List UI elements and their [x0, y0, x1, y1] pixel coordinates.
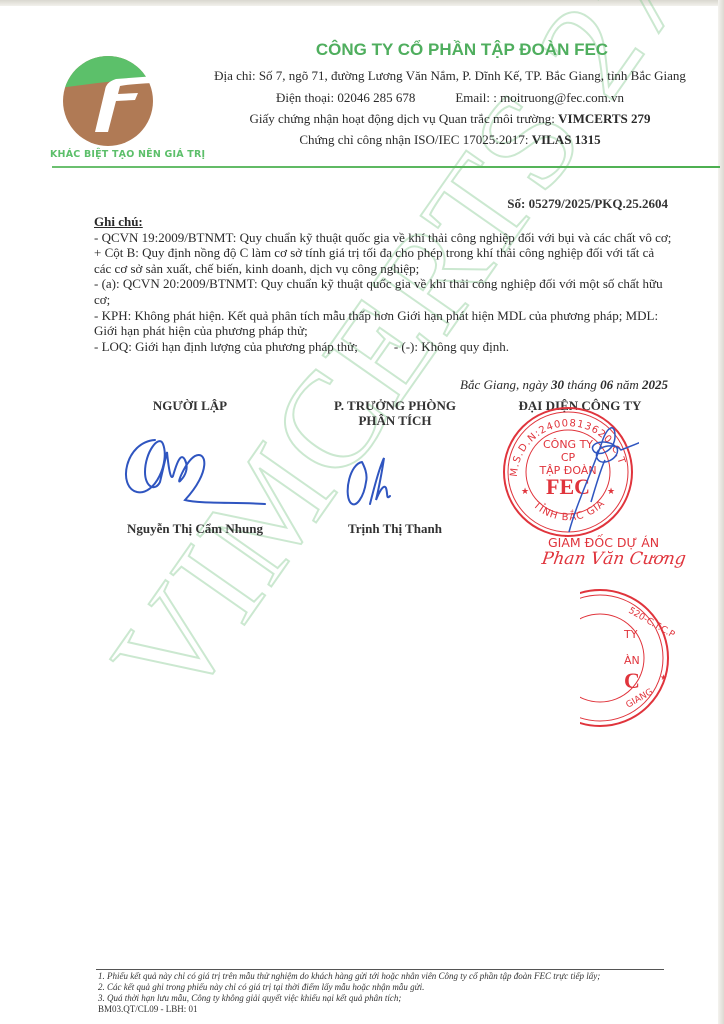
header-divider: [52, 166, 720, 168]
form-code: BM03.QT/CL09 - LBH: 01: [98, 1004, 698, 1015]
accreditation-value: VILAS 1315: [532, 132, 601, 147]
preparer-name: Nguyễn Thị Cẩm Nhung: [110, 521, 280, 537]
footer-notes: 1. Phiếu kết quả này chỉ có giá trị trên…: [98, 971, 698, 1015]
stamp-center-text: CP: [561, 451, 576, 464]
date-day: 30: [551, 377, 564, 392]
company-slogan: KHÁC BIỆT TẠO NÊN GIÁ TRỊ: [50, 149, 205, 160]
preparer-title: NGƯỜI LẬP: [120, 398, 260, 413]
note-loq: - LOQ: Giới hạn định lượng của phương ph…: [94, 339, 358, 354]
accreditation-label: Chứng chỉ công nhận ISO/IEC 17025:2017:: [299, 132, 531, 147]
lab-head-title: P. TRƯỞNG PHÒNG PHÂN TÍCH: [310, 398, 480, 428]
note-item: - (a): QCVN 20:2009/BTNMT: Quy chuẩn kỹ …: [94, 276, 674, 307]
license-value: VIMCERTS 279: [558, 111, 650, 126]
page-edge: [0, 0, 724, 6]
stamp-center-text: FEC: [546, 474, 590, 499]
lab-head-name: Trịnh Thị Thanh: [320, 521, 470, 537]
svg-text:★: ★: [660, 673, 667, 682]
svg-text:C: C: [624, 668, 640, 693]
accreditation-line: Chứng chỉ công nhận ISO/IEC 17025:2017: …: [190, 132, 710, 148]
company-phone: Điện thoại: 02046 285 678: [276, 90, 415, 105]
contact-line: Điện thoại: 02046 285 678Email: : moitru…: [190, 90, 710, 106]
lab-head-title-line1: P. TRƯỞNG PHÒNG: [310, 398, 480, 413]
company-email[interactable]: Email: : moitruong@fec.com.vn: [455, 90, 624, 105]
company-address: Địa chỉ: Số 7, ngõ 71, đường Lương Văn N…: [190, 68, 710, 84]
note-item: - QCVN 19:2009/BTNMT: Quy chuẩn kỹ thuật…: [94, 230, 674, 246]
lab-head-title-line2: PHÂN TÍCH: [310, 413, 480, 428]
date-month-label: tháng: [564, 377, 600, 392]
notes-title: Ghi chú:: [94, 214, 674, 230]
note-dash: - (-): Không quy định.: [394, 339, 509, 354]
notes-section: Ghi chú: - QCVN 19:2009/BTNMT: Quy chuẩn…: [94, 214, 674, 354]
director-position: GIÁM ĐỐC DỰ ÁN: [548, 535, 659, 550]
document-number: Số: 05279/2025/PKQ.25.2604: [507, 196, 668, 212]
svg-text:ÀN: ÀN: [624, 654, 640, 667]
stamp-star-icon: ★: [607, 486, 615, 496]
date-place: Bắc Giang, ngày: [460, 377, 551, 392]
director-name: Phan Văn Cương: [541, 549, 687, 569]
footer-divider: [96, 969, 664, 970]
lab-head-signature: [340, 452, 420, 512]
stamp-center-text: CÔNG TY: [543, 438, 593, 451]
date-year-label: năm: [613, 377, 642, 392]
footer-note: 2. Các kết quả ghi trong phiếu này chỉ c…: [98, 982, 698, 993]
date-month: 06: [600, 377, 613, 392]
license-line: Giấy chứng nhận hoạt động dịch vụ Quan t…: [190, 111, 710, 127]
preparer-signature: [115, 432, 275, 512]
license-label: Giấy chứng nhận hoạt động dịch vụ Quan t…: [249, 111, 558, 126]
note-item: - LOQ: Giới hạn định lượng của phương ph…: [94, 339, 674, 355]
partial-stamp: 520-C.T.C.P TY ÀN C GIANG ★: [580, 588, 720, 728]
date-year: 2025: [642, 377, 668, 392]
svg-text:TY: TY: [623, 628, 638, 641]
stamp-star-icon: ★: [521, 486, 529, 496]
fec-logo-icon: [50, 46, 180, 146]
page-edge: [718, 0, 724, 1024]
note-item: - KPH: Không phát hiện. Kết quả phân tíc…: [94, 308, 674, 339]
company-stamp: M.S.D.N:2400813620-C.T.C.P TỈNH BẮC GIAN…: [497, 402, 639, 542]
company-name: CÔNG TY CỔ PHẦN TẬP ĐOÀN FEC: [200, 40, 724, 60]
footer-note: 3. Quá thời hạn lưu mẫu, Công ty không g…: [98, 993, 698, 1004]
date-line: Bắc Giang, ngày 30 tháng 06 năm 2025: [460, 377, 668, 393]
footer-note: 1. Phiếu kết quả này chỉ có giá trị trên…: [98, 971, 698, 982]
note-item: + Cột B: Quy định nồng độ C làm cơ sở tí…: [94, 245, 674, 276]
